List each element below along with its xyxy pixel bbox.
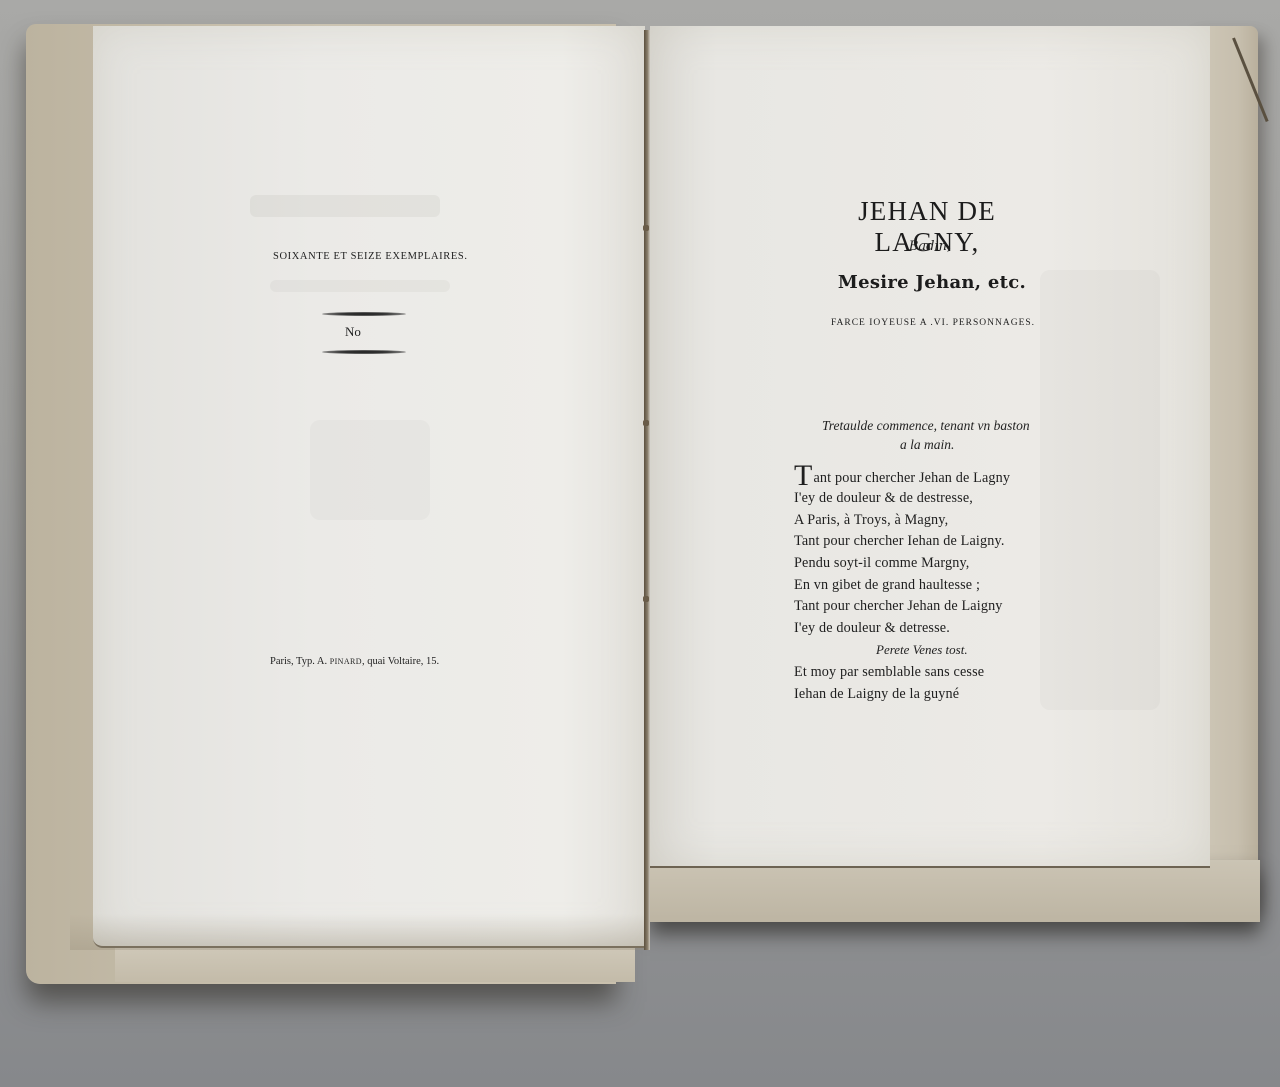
binding-stitch bbox=[643, 596, 649, 602]
verse-line-8: I'ey de douleur & detresse. bbox=[794, 620, 950, 637]
drop-cap: T bbox=[794, 459, 812, 492]
verse-line-3: A Paris, à Troys, à Magny, bbox=[794, 512, 948, 529]
printer-imprint: Paris, Typ. A. Pinard, quai Voltaire, 15… bbox=[270, 656, 439, 667]
ornamental-rule-bottom bbox=[322, 350, 406, 354]
verse-line-10: Iehan de Laigny de la guyné bbox=[794, 686, 959, 703]
copy-number-label: No bbox=[345, 324, 361, 340]
stage-direction-line-2: a la main. bbox=[900, 437, 954, 453]
show-through-blur bbox=[1040, 270, 1160, 710]
verse-line-5: Pendu soyt-il comme Margny, bbox=[794, 555, 969, 572]
verse-line-7: Tant pour chercher Jehan de Laigny bbox=[794, 598, 1003, 615]
limitation-statement: SOIXANTE ET SEIZE EXEMPLAIRES. bbox=[273, 251, 473, 262]
binding-stitch bbox=[643, 420, 649, 426]
verse-text: ant pour chercher Jehan de Lagny bbox=[813, 470, 1010, 486]
imprint-printer: Pinard bbox=[330, 657, 362, 666]
verse-line-2: I'ey de douleur & de destresse, bbox=[794, 490, 973, 507]
show-through-blur bbox=[310, 420, 430, 520]
show-through-blur bbox=[270, 280, 450, 292]
verse-line-4: Tant pour chercher Iehan de Laigny. bbox=[794, 533, 1005, 550]
stage-direction-line-1: Tretaulde commence, tenant vn baston bbox=[822, 418, 1030, 434]
genre-line: FARCE IOYEUSE A .VI. PERSONNAGES. bbox=[818, 318, 1048, 328]
book-gutter bbox=[644, 30, 650, 950]
show-through-blur bbox=[250, 195, 440, 217]
imprint-suffix: , quai Voltaire, 15. bbox=[362, 656, 439, 667]
verse-line-6: En vn gibet de grand haultesse ; bbox=[794, 577, 980, 594]
binding-stitch bbox=[643, 225, 649, 231]
imprint-prefix: Paris, Typ. A. bbox=[270, 656, 330, 667]
speaker-cue: Perete Venes tost. bbox=[876, 642, 968, 658]
subtitle-badin: Badin, bbox=[890, 239, 970, 254]
ornamental-rule-top bbox=[322, 312, 406, 316]
verse-line-9: Et moy par semblable sans cesse bbox=[794, 664, 984, 681]
subtitle-mesire-jehan: Mesire Jehan, etc. bbox=[832, 272, 1032, 293]
deckle-edge-shadow bbox=[70, 830, 645, 950]
verse-line-1: Tant pour chercher Jehan de Lagny bbox=[794, 466, 1010, 487]
right-under-leaves bbox=[650, 860, 1260, 922]
